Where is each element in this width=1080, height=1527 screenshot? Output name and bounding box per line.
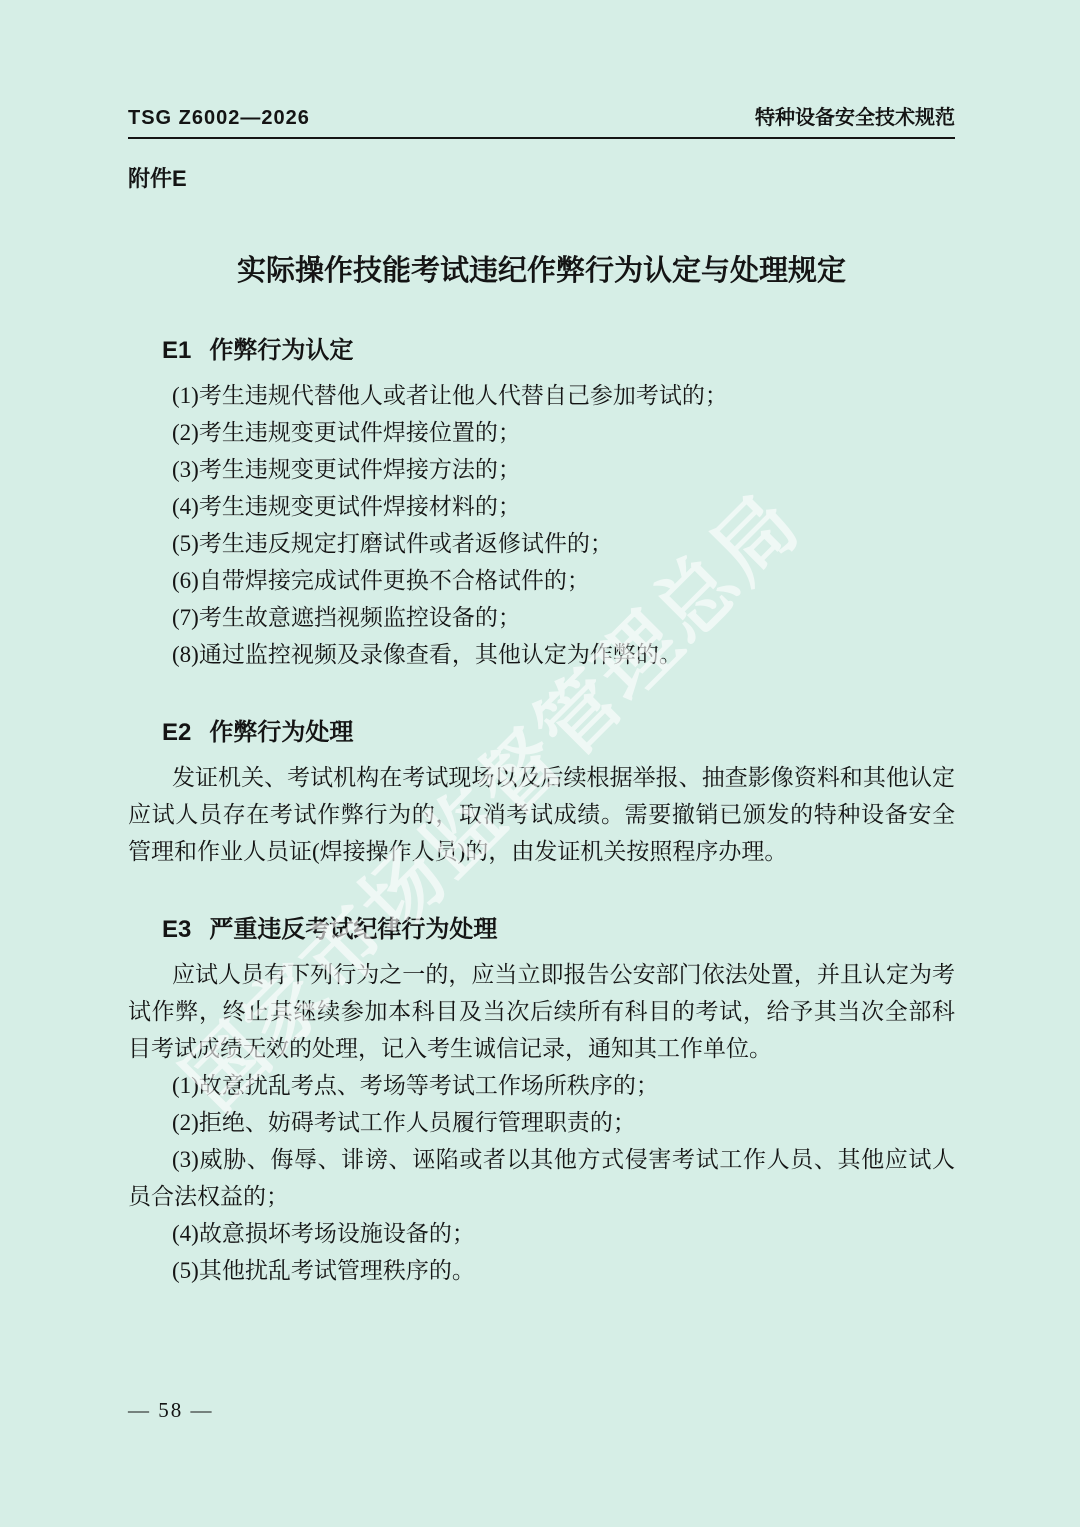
section-heading-e3: E3严重违反考试纪律行为处理 (128, 916, 955, 944)
list-item: (5)其他扰乱考试管理秩序的。 (128, 1252, 955, 1289)
list-item: (3)考生违规变更试件焊接方法的； (128, 451, 955, 488)
section-number: E2 (162, 719, 191, 746)
section-e1-list: (1)考生违规代替他人或者让他人代替自己参加考试的； (2)考生违规变更试件焊接… (128, 377, 955, 673)
doc-spec-title: 特种设备安全技术规范 (755, 106, 955, 130)
doc-code: TSG Z6002—2026 (128, 106, 310, 130)
list-item: (1)故意扰乱考点、考场等考试工作场所秩序的； (128, 1067, 955, 1104)
section-e2-body: 发证机关、考试机构在考试现场以及后续根据举报、抽查影像资料和其他认定应试人员存在… (128, 759, 955, 870)
list-item: (6)自带焊接完成试件更换不合格试件的； (128, 562, 955, 599)
list-item: (4)故意损坏考场设施设备的； (128, 1215, 955, 1252)
page-header: TSG Z6002—2026 特种设备安全技术规范 (128, 106, 955, 139)
page-title: 实际操作技能考试违纪作弊行为认定与处理规定 (128, 251, 955, 291)
list-item: (3)威胁、侮辱、诽谤、诬陷或者以其他方式侵害考试工作人员、其他应试人员合法权益… (128, 1141, 955, 1215)
document-page: TSG Z6002—2026 特种设备安全技术规范 附件E 实际操作技能考试违纪… (0, 0, 1080, 1527)
section-title: 严重违反考试纪律行为处理 (209, 916, 497, 943)
section-title: 作弊行为处理 (209, 719, 353, 746)
list-item: (5)考生违反规定打磨试件或者返修试件的； (128, 525, 955, 562)
section-number: E3 (162, 916, 191, 943)
section-e3-body: 应试人员有下列行为之一的，应当立即报告公安部门依法处置，并且认定为考试作弊，终止… (128, 956, 955, 1289)
list-item: (4)考生违规变更试件焊接材料的； (128, 488, 955, 525)
list-item: (1)考生违规代替他人或者让他人代替自己参加考试的； (128, 377, 955, 414)
section-heading-e2: E2作弊行为处理 (128, 719, 955, 747)
section-title: 作弊行为认定 (209, 337, 353, 364)
paragraph: 应试人员有下列行为之一的，应当立即报告公安部门依法处置，并且认定为考试作弊，终止… (128, 956, 955, 1067)
page-number: — 58 — (128, 1396, 214, 1424)
section-number: E1 (162, 337, 191, 364)
attachment-label: 附件E (128, 165, 955, 193)
paragraph: 发证机关、考试机构在考试现场以及后续根据举报、抽查影像资料和其他认定应试人员存在… (128, 759, 955, 870)
section-heading-e1: E1作弊行为认定 (128, 337, 955, 365)
list-item: (2)考生违规变更试件焊接位置的； (128, 414, 955, 451)
list-item: (7)考生故意遮挡视频监控设备的； (128, 599, 955, 636)
page-content: TSG Z6002—2026 特种设备安全技术规范 附件E 实际操作技能考试违纪… (128, 0, 955, 1289)
list-item: (2)拒绝、妨碍考试工作人员履行管理职责的； (128, 1104, 955, 1141)
list-item: (8)通过监控视频及录像查看，其他认定为作弊的。 (128, 636, 955, 673)
